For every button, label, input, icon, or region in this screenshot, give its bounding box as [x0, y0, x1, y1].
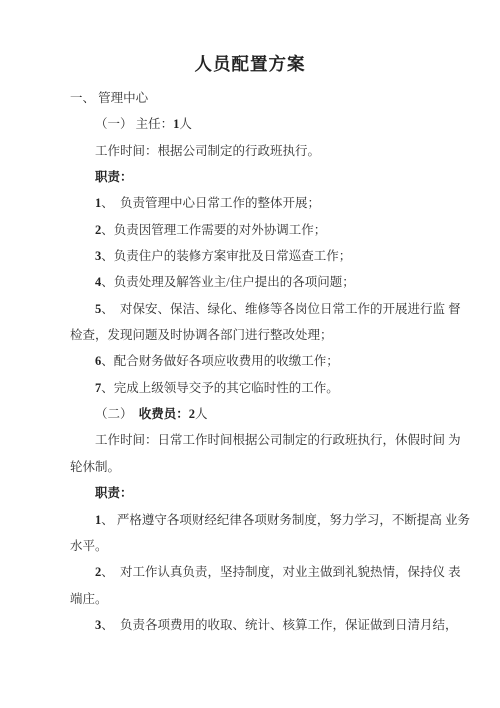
document-body: 一、 管理中心（一） 主任：1人工作时间：根据公司制定的行政班执行。职责：1、 … [0, 85, 500, 638]
text-line: 2、 对工作认真负责，坚持制度，对业主做到礼貌热情，保持仪 表 [70, 559, 444, 585]
text-line: 1、 负责管理中心日常工作的整体开展； [70, 190, 444, 216]
text-segment: 水平。 [70, 539, 108, 553]
text-segment: 、负责住户的装修方案审批及日常巡查工作； [101, 249, 351, 263]
text-segment: 、 负责管理中心日常工作的整体开展； [101, 196, 320, 210]
text-line: 5、 对保安、保洁、绿化、维修等各岗位日常工作的开展进行监 督 [70, 296, 444, 322]
text-segment: （二） [95, 407, 139, 421]
text-line: 2、负责因管理工作需要的对外协调工作； [70, 217, 444, 243]
text-segment: 、完成上级领导交予的其它临时性的工作。 [101, 381, 339, 395]
document-title: 人员配置方案 [0, 0, 500, 78]
text-line: 7、完成上级领导交予的其它临时性的工作。 [70, 375, 444, 401]
text-segment: 人 [195, 407, 208, 421]
text-line: 工作时间：根据公司制定的行政班执行。 [70, 138, 444, 164]
text-segment: 轮休制。 [70, 460, 120, 474]
text-line: 4、负责处理及解答业主/住户提出的各项问题； [70, 269, 444, 295]
text-segment: 一、 管理中心 [70, 91, 148, 105]
text-line: （一） 主任：1人 [70, 111, 444, 137]
text-segment: 、 负责各项费用的收取、统计、核算工作，保证做到日清月结， [101, 618, 457, 632]
text-segment: 、负责因管理工作需要的对外协调工作； [101, 223, 326, 237]
text-segment: 端庄。 [70, 592, 108, 606]
bold-text-segment: 收费员： [139, 407, 189, 421]
text-line: 3、 负责各项费用的收取、统计、核算工作，保证做到日清月结， [70, 612, 444, 638]
text-segment: 、 严格遵守各项财经纪律各项财务制度，努力学习，不断提高 业务 [101, 513, 470, 527]
text-segment: 、 对保安、保洁、绿化、维修等各岗位日常工作的开展进行监 督 [101, 302, 460, 316]
text-segment: 、负责处理及解答业主/住户提出的各项问题； [101, 275, 354, 289]
text-line: 1、 严格遵守各项财经纪律各项财务制度，努力学习，不断提高 业务 [70, 507, 444, 533]
text-segment: 检查，发现问题及时协调各部门进行整改处理； [70, 328, 333, 342]
text-line: 水平。 [70, 533, 444, 559]
text-segment: 工作时间：根据公司制定的行政班执行。 [95, 144, 320, 158]
text-line: 6、配合财务做好各项应收费用的收缴工作； [70, 348, 444, 374]
text-line: 工作时间：日常工作时间根据公司制定的行政班执行，休假时间 为 [70, 427, 444, 453]
bold-text-segment: 职责： [95, 170, 133, 184]
text-line: 3、负责住户的装修方案审批及日常巡查工作； [70, 243, 444, 269]
text-line: 检查，发现问题及时协调各部门进行整改处理； [70, 322, 444, 348]
text-line: 职责： [70, 480, 444, 506]
text-line: 一、 管理中心 [70, 85, 444, 111]
text-segment: 、 对工作认真负责，坚持制度，对业主做到礼貌热情，保持仪 表 [101, 565, 460, 579]
text-segment: 、配合财务做好各项应收费用的收缴工作； [101, 354, 339, 368]
text-segment: 工作时间：日常工作时间根据公司制定的行政班执行，休假时间 为 [95, 433, 461, 447]
document-page: 人员配置方案 一、 管理中心（一） 主任：1人工作时间：根据公司制定的行政班执行… [0, 0, 500, 708]
text-line: 端庄。 [70, 586, 444, 612]
text-segment: 人 [179, 117, 192, 131]
text-segment: （一） 主任： [95, 117, 173, 131]
text-line: 轮休制。 [70, 454, 444, 480]
text-line: （二） 收费员：2人 [70, 401, 444, 427]
text-line: 职责： [70, 164, 444, 190]
bold-text-segment: 职责： [95, 486, 133, 500]
